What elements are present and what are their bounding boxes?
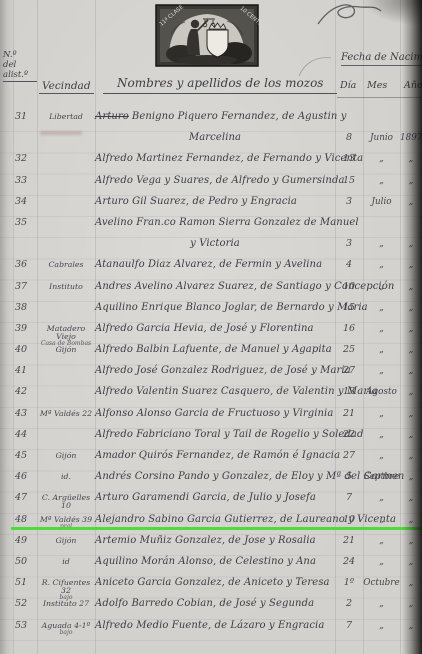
row-number: 48: [0, 514, 37, 525]
table-row: 41Alfredo José Gonzalez Rodriguez, de Jo…: [0, 365, 422, 386]
header-rule: [337, 97, 422, 98]
row-birth-year: „: [400, 430, 422, 440]
row-birth-day: 5: [335, 471, 363, 482]
row-birth-month: „: [363, 176, 400, 186]
row-birth-month: „: [363, 239, 400, 249]
row-vecindad: C. Argüelles 10: [37, 494, 95, 510]
column-header-vecindad: Vecindad: [39, 80, 94, 94]
column-header-dia: Día: [340, 80, 356, 91]
row-birth-month: „: [363, 515, 400, 525]
row-number: 43: [0, 408, 37, 419]
row-vecindad: Gijón: [37, 346, 95, 354]
row-birth-month: „: [363, 493, 400, 503]
row-birth-month: „: [363, 451, 400, 461]
table-row: 45GijónAmador Quirós Fernandez, de Ramón…: [0, 450, 422, 471]
row-name: Arturo Gil Suarez, de Pedro y Engracia: [95, 196, 335, 207]
row-birth-year: „: [400, 260, 422, 270]
row-birth-month: „: [363, 409, 400, 419]
row-name-continuation: Marcelina: [95, 132, 335, 143]
row-vecindad-subline: bajo: [37, 629, 95, 637]
fiscal-stamp-seal: 11ª CLASE 10 CENTS: [155, 4, 259, 67]
row-number: 40: [0, 344, 37, 355]
row-birth-year: „: [400, 536, 422, 546]
row-number: 44: [0, 429, 37, 440]
row-birth-year: „: [400, 345, 422, 355]
register-rows: 31LibertadArturoBenigno Piquero Fernande…: [0, 111, 422, 641]
row-birth-day: 3: [335, 238, 363, 249]
row-number: 32: [0, 153, 37, 164]
row-birth-day: 27: [335, 365, 363, 376]
row-vecindad: Gijón: [37, 452, 95, 460]
row-vecindad: Libertad: [37, 113, 95, 121]
row-birth-month: „: [363, 557, 400, 567]
row-vecindad: id: [37, 558, 95, 566]
table-row: 48Mª Valdés 39pralAlejandro Sabino Garci…: [0, 514, 422, 535]
header-numero-line1: N.º: [3, 50, 37, 60]
row-birth-year: „: [400, 621, 422, 631]
highlight-line-row-47: [11, 527, 422, 530]
row-name: Aniceto Garcia Gonzalez, de Aniceto y Te…: [95, 577, 335, 588]
row-number: 50: [0, 556, 37, 567]
row-number: 35: [0, 217, 37, 228]
table-row: 32Alfredo Martinez Fernandez, de Fernand…: [0, 153, 422, 174]
row-birth-year: „: [400, 578, 422, 588]
table-row: 36CabralesAtanaulfo Diaz Alvarez, de Fer…: [0, 259, 422, 280]
row-name: Alfredo José Gonzalez Rodriguez, de José…: [95, 365, 335, 376]
table-row: 44Alfredo Fabriciano Toral y Tail de Rog…: [0, 429, 422, 450]
row-vecindad: Mª Valdés 22: [37, 410, 95, 418]
row-birth-day: 25: [335, 344, 363, 355]
row-name: Arturo Garamendi Garcia, de Julio y Jose…: [95, 492, 335, 503]
pen-stroke-mark: [295, 52, 335, 78]
row-name: Andres Avelino Alvarez Suarez, de Santia…: [95, 281, 335, 292]
table-row: 51R. Cifuentes 32bajoAniceto Garcia Gonz…: [0, 577, 422, 598]
row-name: Atanaulfo Diaz Alvarez, de Fermin y Avel…: [95, 259, 335, 270]
row-birth-month: „: [363, 536, 400, 546]
column-header-nombres: Nombres y apellidos de los mozos: [103, 76, 337, 94]
scan-shadow-corner: [362, 0, 422, 26]
row-number: 53: [0, 620, 37, 631]
row-birth-year: „: [400, 176, 422, 186]
table-row-continuation: y Victoria3„„: [0, 238, 422, 259]
row-number: 45: [0, 450, 37, 461]
table-row: 52Instituto 27Adolfo Barredo Cobian, de …: [0, 598, 422, 619]
row-number: 42: [0, 386, 37, 397]
table-row: 46id.Andrés Corsino Pando y Gonzalez, de…: [0, 471, 422, 492]
row-number: 46: [0, 471, 37, 482]
table-row: 39Matadero ViejoCasa de BombasAlfredo Ga…: [0, 323, 422, 344]
row-number: 52: [0, 598, 37, 609]
table-row: 53Aguada 4-1ºbajoAlfredo Medio Fuente, d…: [0, 620, 422, 641]
table-row: 50idAquilino Morán Alonso, de Celestino …: [0, 556, 422, 577]
column-header-ano: Año: [404, 80, 422, 91]
row-name: Avelino Fran.co Ramon Sierra Gonzalez de…: [95, 217, 335, 228]
row-birth-day: 7: [335, 492, 363, 503]
row-birth-day: 3: [335, 196, 363, 207]
row-birth-day: 2: [335, 598, 363, 609]
row-name: Alfredo Valentin Suarez Casquero, de Val…: [95, 386, 335, 397]
row-name: Amador Quirós Fernandez, de Ramón é Igna…: [95, 450, 335, 461]
row-birth-year: „: [400, 599, 422, 609]
table-row: 37InstitutoAndres Avelino Alvarez Suarez…: [0, 281, 422, 302]
table-row: 40GijónAlfredo Balbin Lafuente, de Manue…: [0, 344, 422, 365]
struck-out-name: Arturo: [95, 111, 129, 122]
row-birth-month: „: [363, 366, 400, 376]
row-birth-month: „: [363, 599, 400, 609]
row-name: Alejandro Sabino Garcia Gutierrez, de La…: [95, 514, 335, 525]
scanned-register-page: 11ª CLASE 10 CENTS N.º del alist.º Vecin…: [0, 0, 422, 654]
row-vecindad: Instituto: [37, 283, 95, 291]
row-birth-year: „: [400, 472, 422, 482]
row-birth-day: 10: [335, 281, 363, 292]
row-name: Alfredo Martinez Fernandez, de Fernando …: [95, 153, 335, 164]
row-birth-day: 7: [335, 620, 363, 631]
row-birth-year: „: [400, 409, 422, 419]
row-birth-month: „: [363, 260, 400, 270]
row-number: 51: [0, 577, 37, 588]
row-birth-day: 24: [335, 556, 363, 567]
row-vecindad: Gijón: [37, 537, 95, 545]
row-birth-day: 21: [335, 535, 363, 546]
table-row: 33Alfredo Vega y Suares, de Alfredo y Gu…: [0, 175, 422, 196]
row-birth-year: „: [400, 515, 422, 525]
row-birth-month: Octubre: [363, 578, 400, 588]
row-name: Alfredo Balbin Lafuente, de Manuel y Aga…: [95, 344, 335, 355]
column-header-fecha-nacimiento: Fecha de Nacimiento: [341, 52, 422, 66]
header-numero-line3: alist.º: [3, 70, 37, 82]
row-birth-year: „: [400, 154, 422, 164]
row-birth-year: „: [400, 451, 422, 461]
row-number: 34: [0, 196, 37, 207]
row-name: Artemio Muñiz Gonzalez, de Jose y Rosali…: [95, 535, 335, 546]
row-birth-day: 27: [335, 450, 363, 461]
row-number: 47: [0, 492, 37, 503]
row-name: Alfredo Medio Fuente, de Lázaro y Engrac…: [95, 620, 335, 631]
row-birth-year: „: [400, 557, 422, 567]
row-birth-year: „: [400, 303, 422, 313]
row-name: Andrés Corsino Pando y Gonzalez, de Eloy…: [95, 471, 335, 482]
row-name: Alfredo Fabriciano Toral y Tail de Rogel…: [95, 429, 335, 440]
table-row: 42Alfredo Valentin Suarez Casquero, de V…: [0, 386, 422, 407]
row-number: 37: [0, 281, 37, 292]
row-birth-day: 15: [335, 302, 363, 313]
row-birth-month: „: [363, 621, 400, 631]
row-name: ArturoBenigno Piquero Fernandez, de Agus…: [95, 111, 335, 122]
row-number: 31: [0, 111, 37, 122]
table-row: 31LibertadArturoBenigno Piquero Fernande…: [0, 111, 422, 132]
row-birth-month: „: [363, 345, 400, 355]
table-row: 34Arturo Gil Suarez, de Pedro y Engracia…: [0, 196, 422, 217]
row-vecindad: Cabrales: [37, 261, 95, 269]
row-birth-month: Julio: [363, 197, 400, 207]
row-birth-year: „: [400, 493, 422, 503]
table-row: 47C. Argüelles 10Arturo Garamendi Garcia…: [0, 492, 422, 513]
faint-pencil-annotation: [40, 131, 82, 135]
row-birth-day: 10: [335, 514, 363, 525]
row-number: 49: [0, 535, 37, 546]
row-name: Alfredo Garcia Hevia, de José y Florenti…: [95, 323, 335, 334]
table-row: 43Mª Valdés 22Alfonso Alonso Garcia de F…: [0, 408, 422, 429]
row-number: 36: [0, 259, 37, 270]
row-birth-month: Agosto: [363, 387, 400, 397]
row-birth-year: „: [400, 366, 422, 376]
table-row: 49GijónArtemio Muñiz Gonzalez, de Jose y…: [0, 535, 422, 556]
row-birth-month: „: [363, 430, 400, 440]
row-birth-day: 21: [335, 408, 363, 419]
row-vecindad: id.: [37, 473, 95, 481]
row-vecindad: Aguada 4-1ºbajo: [37, 622, 95, 637]
row-birth-day: 15: [335, 175, 363, 186]
table-row: 35Avelino Fran.co Ramon Sierra Gonzalez …: [0, 217, 422, 238]
row-birth-month: Junio: [363, 133, 400, 143]
row-number: 41: [0, 365, 37, 376]
row-birth-day: 13: [335, 153, 363, 164]
row-name: Alfredo Vega y Suares, de Alfredo y Gume…: [95, 175, 335, 186]
row-birth-day: 8: [335, 132, 363, 143]
row-vecindad: Instituto 27: [37, 600, 95, 608]
row-name: Alfonso Alonso Garcia de Fructuoso y Vir…: [95, 408, 335, 419]
row-number: 39: [0, 323, 37, 334]
row-name: Adolfo Barredo Cobian, de José y Segunda: [95, 598, 335, 609]
row-name: Aquilino Enrique Blanco Joglar, de Berna…: [95, 302, 335, 313]
row-birth-year: 1897: [400, 133, 422, 143]
row-birth-day: 13: [335, 386, 363, 397]
row-birth-day: 4: [335, 259, 363, 270]
row-birth-year: „: [400, 239, 422, 249]
row-birth-day: 22: [335, 429, 363, 440]
row-birth-day: 1º: [335, 577, 363, 588]
table-row: 38Aquilino Enrique Blanco Joglar, de Ber…: [0, 302, 422, 323]
row-birth-month: Septbre: [363, 472, 400, 482]
row-birth-day: 16: [335, 323, 363, 334]
row-birth-month: „: [363, 154, 400, 164]
row-birth-year: „: [400, 324, 422, 334]
row-birth-year: „: [400, 197, 422, 207]
row-number: 33: [0, 175, 37, 186]
table-row-continuation: Marcelina8Junio1897: [0, 132, 422, 153]
row-number: 38: [0, 302, 37, 313]
row-name: Aquilino Morán Alonso, de Celestino y An…: [95, 556, 335, 567]
row-birth-month: „: [363, 324, 400, 334]
header-numero-line2: del: [3, 60, 37, 70]
row-birth-month: „: [363, 282, 400, 292]
column-header-numero: N.º del alist.º: [3, 50, 37, 82]
row-birth-year: „: [400, 282, 422, 292]
row-name-continuation: y Victoria: [95, 238, 335, 249]
row-birth-month: „: [363, 303, 400, 313]
column-header-mes: Mes: [367, 80, 387, 91]
row-birth-year: „: [400, 387, 422, 397]
